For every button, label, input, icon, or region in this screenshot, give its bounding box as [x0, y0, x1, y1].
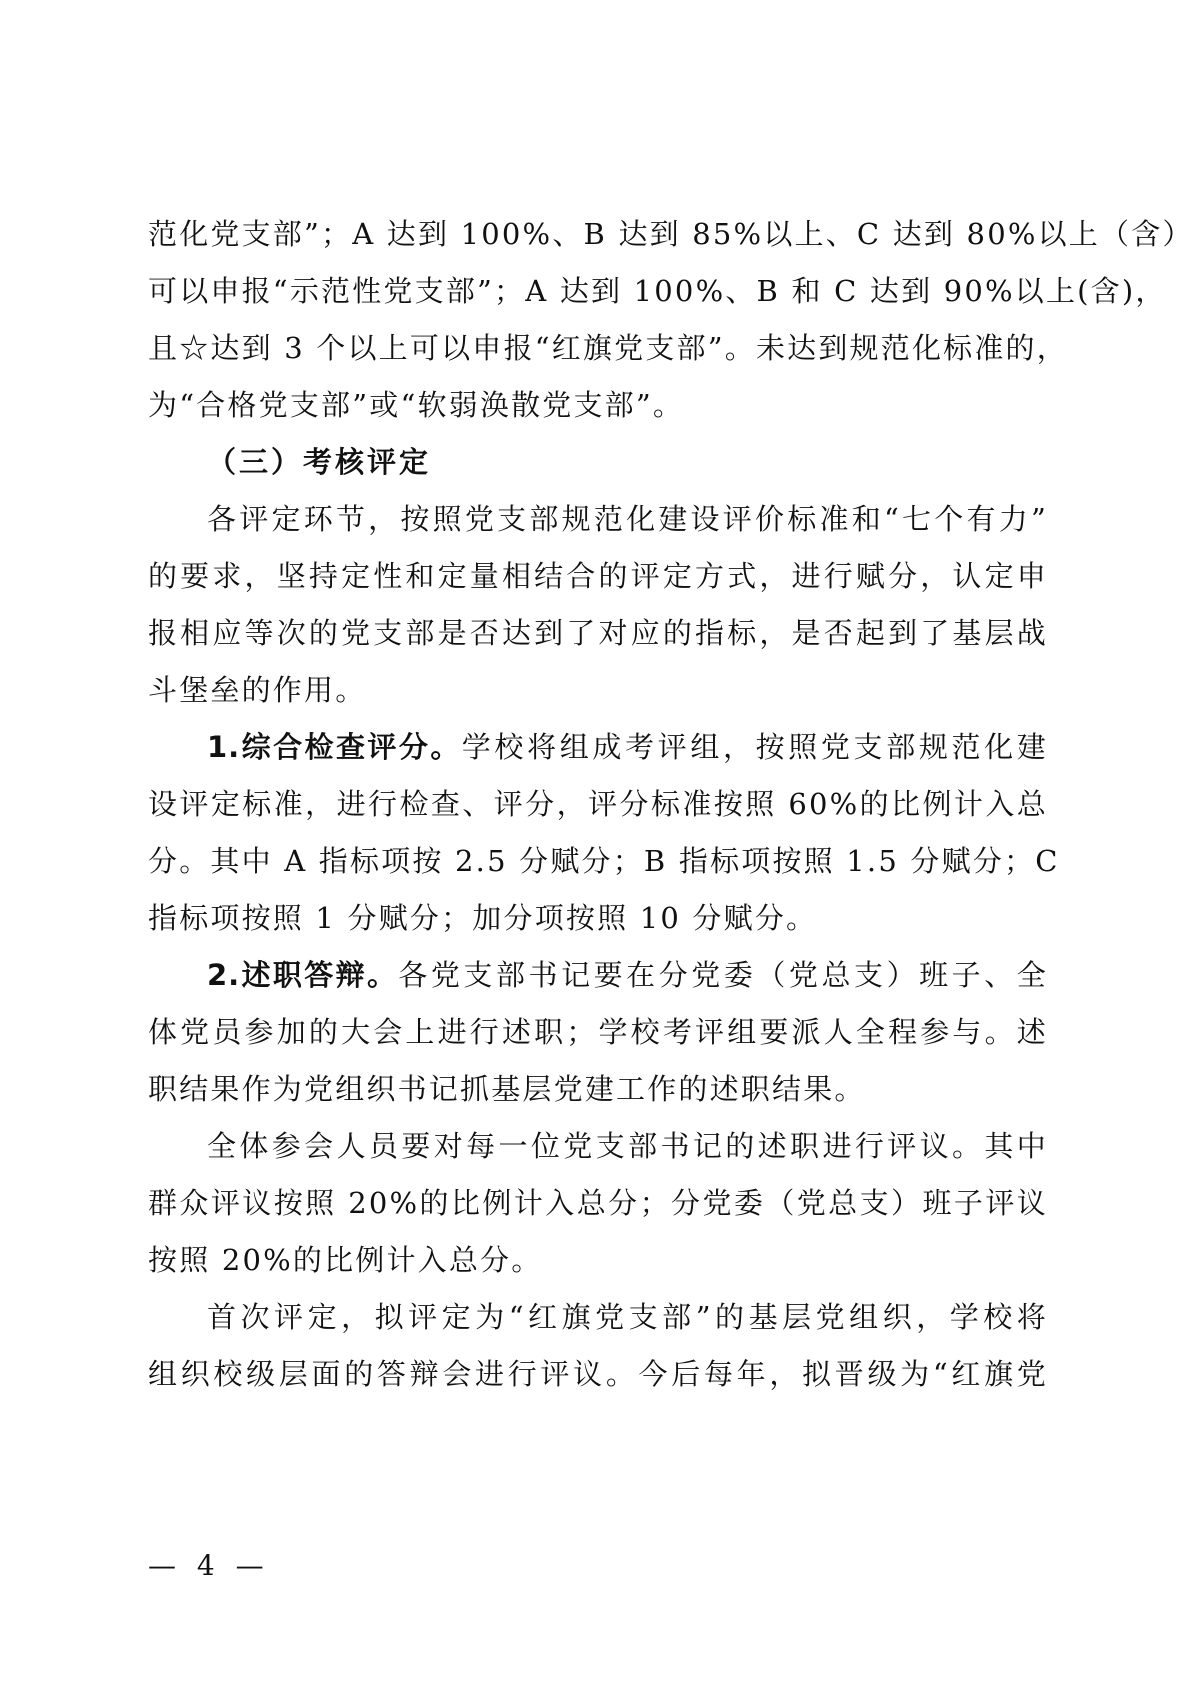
item1-line: 指标项按照 1 分赋分；加分项按照 10 分赋分。 [148, 898, 1048, 938]
item2-line: 职结果作为党组织书记抓基层党建工作的述职结果。 [148, 1069, 1048, 1109]
item2-first-line: 2.述职答辩。各党支部书记要在分党委（党总支）班子、全 [207, 955, 1048, 995]
item1-lead: 1.综合检查评分。 [207, 730, 462, 764]
section-heading: （三）考核评定 [207, 442, 1048, 482]
body-line: 范化党支部”；A 达到 100%、B 达到 85%以上、C 达到 80%以上（含… [148, 214, 1048, 254]
first-review-paragraph-line: 组织校级层面的答辩会进行评议。今后每年，拟晋级为“红旗党 [148, 1354, 1048, 1394]
review-paragraph-line: 全体参会人员要对每一位党支部书记的述职进行评议。其中 [207, 1126, 1048, 1166]
intro-paragraph-line: 报相应等次的党支部是否达到了对应的指标，是否起到了基层战 [148, 613, 1048, 653]
item1-line: 分。其中 A 指标项按 2.5 分赋分；B 指标项按照 1.5 分赋分；C [148, 841, 1048, 881]
item1-line: 设评定标准，进行检查、评分，评分标准按照 60%的比例计入总 [148, 784, 1048, 824]
review-paragraph-line: 群众评议按照 20%的比例计入总分；分党委（党总支）班子评议 [148, 1183, 1048, 1223]
item2-first-line-text: 各党支部书记要在分党委（党总支）班子、全 [398, 958, 1048, 992]
item2-line: 体党员参加的大会上进行述职；学校考评组要派人全程参与。述 [148, 1012, 1048, 1052]
page-number: — 4 — [148, 1548, 270, 1584]
document-page: 范化党支部”；A 达到 100%、B 达到 85%以上、C 达到 80%以上（含… [0, 0, 1191, 1684]
intro-paragraph-line: 的要求，坚持定性和定量相结合的评定方式，进行赋分，认定申 [148, 556, 1048, 596]
review-paragraph-line: 按照 20%的比例计入总分。 [148, 1240, 1048, 1280]
body-line: 为“合格党支部”或“软弱涣散党支部”。 [148, 385, 1048, 425]
item1-first-line-text: 学校将组成考评组，按照党支部规范化建 [462, 730, 1048, 764]
item2-lead: 2.述职答辩。 [207, 958, 398, 992]
body-line: 可以申报“示范性党支部”；A 达到 100%、B 和 C 达到 90%以上(含)… [148, 271, 1048, 311]
first-review-paragraph-line: 首次评定，拟评定为“红旗党支部”的基层党组织，学校将 [207, 1297, 1048, 1337]
body-line: 且☆达到 3 个以上可以申报“红旗党支部”。未达到规范化标准的， [148, 328, 1048, 368]
intro-paragraph-line: 斗堡垒的作用。 [148, 670, 1048, 710]
item1-first-line: 1.综合检查评分。学校将组成考评组，按照党支部规范化建 [207, 727, 1048, 767]
intro-paragraph-line: 各评定环节，按照党支部规范化建设评价标准和“七个有力” [207, 499, 1048, 539]
